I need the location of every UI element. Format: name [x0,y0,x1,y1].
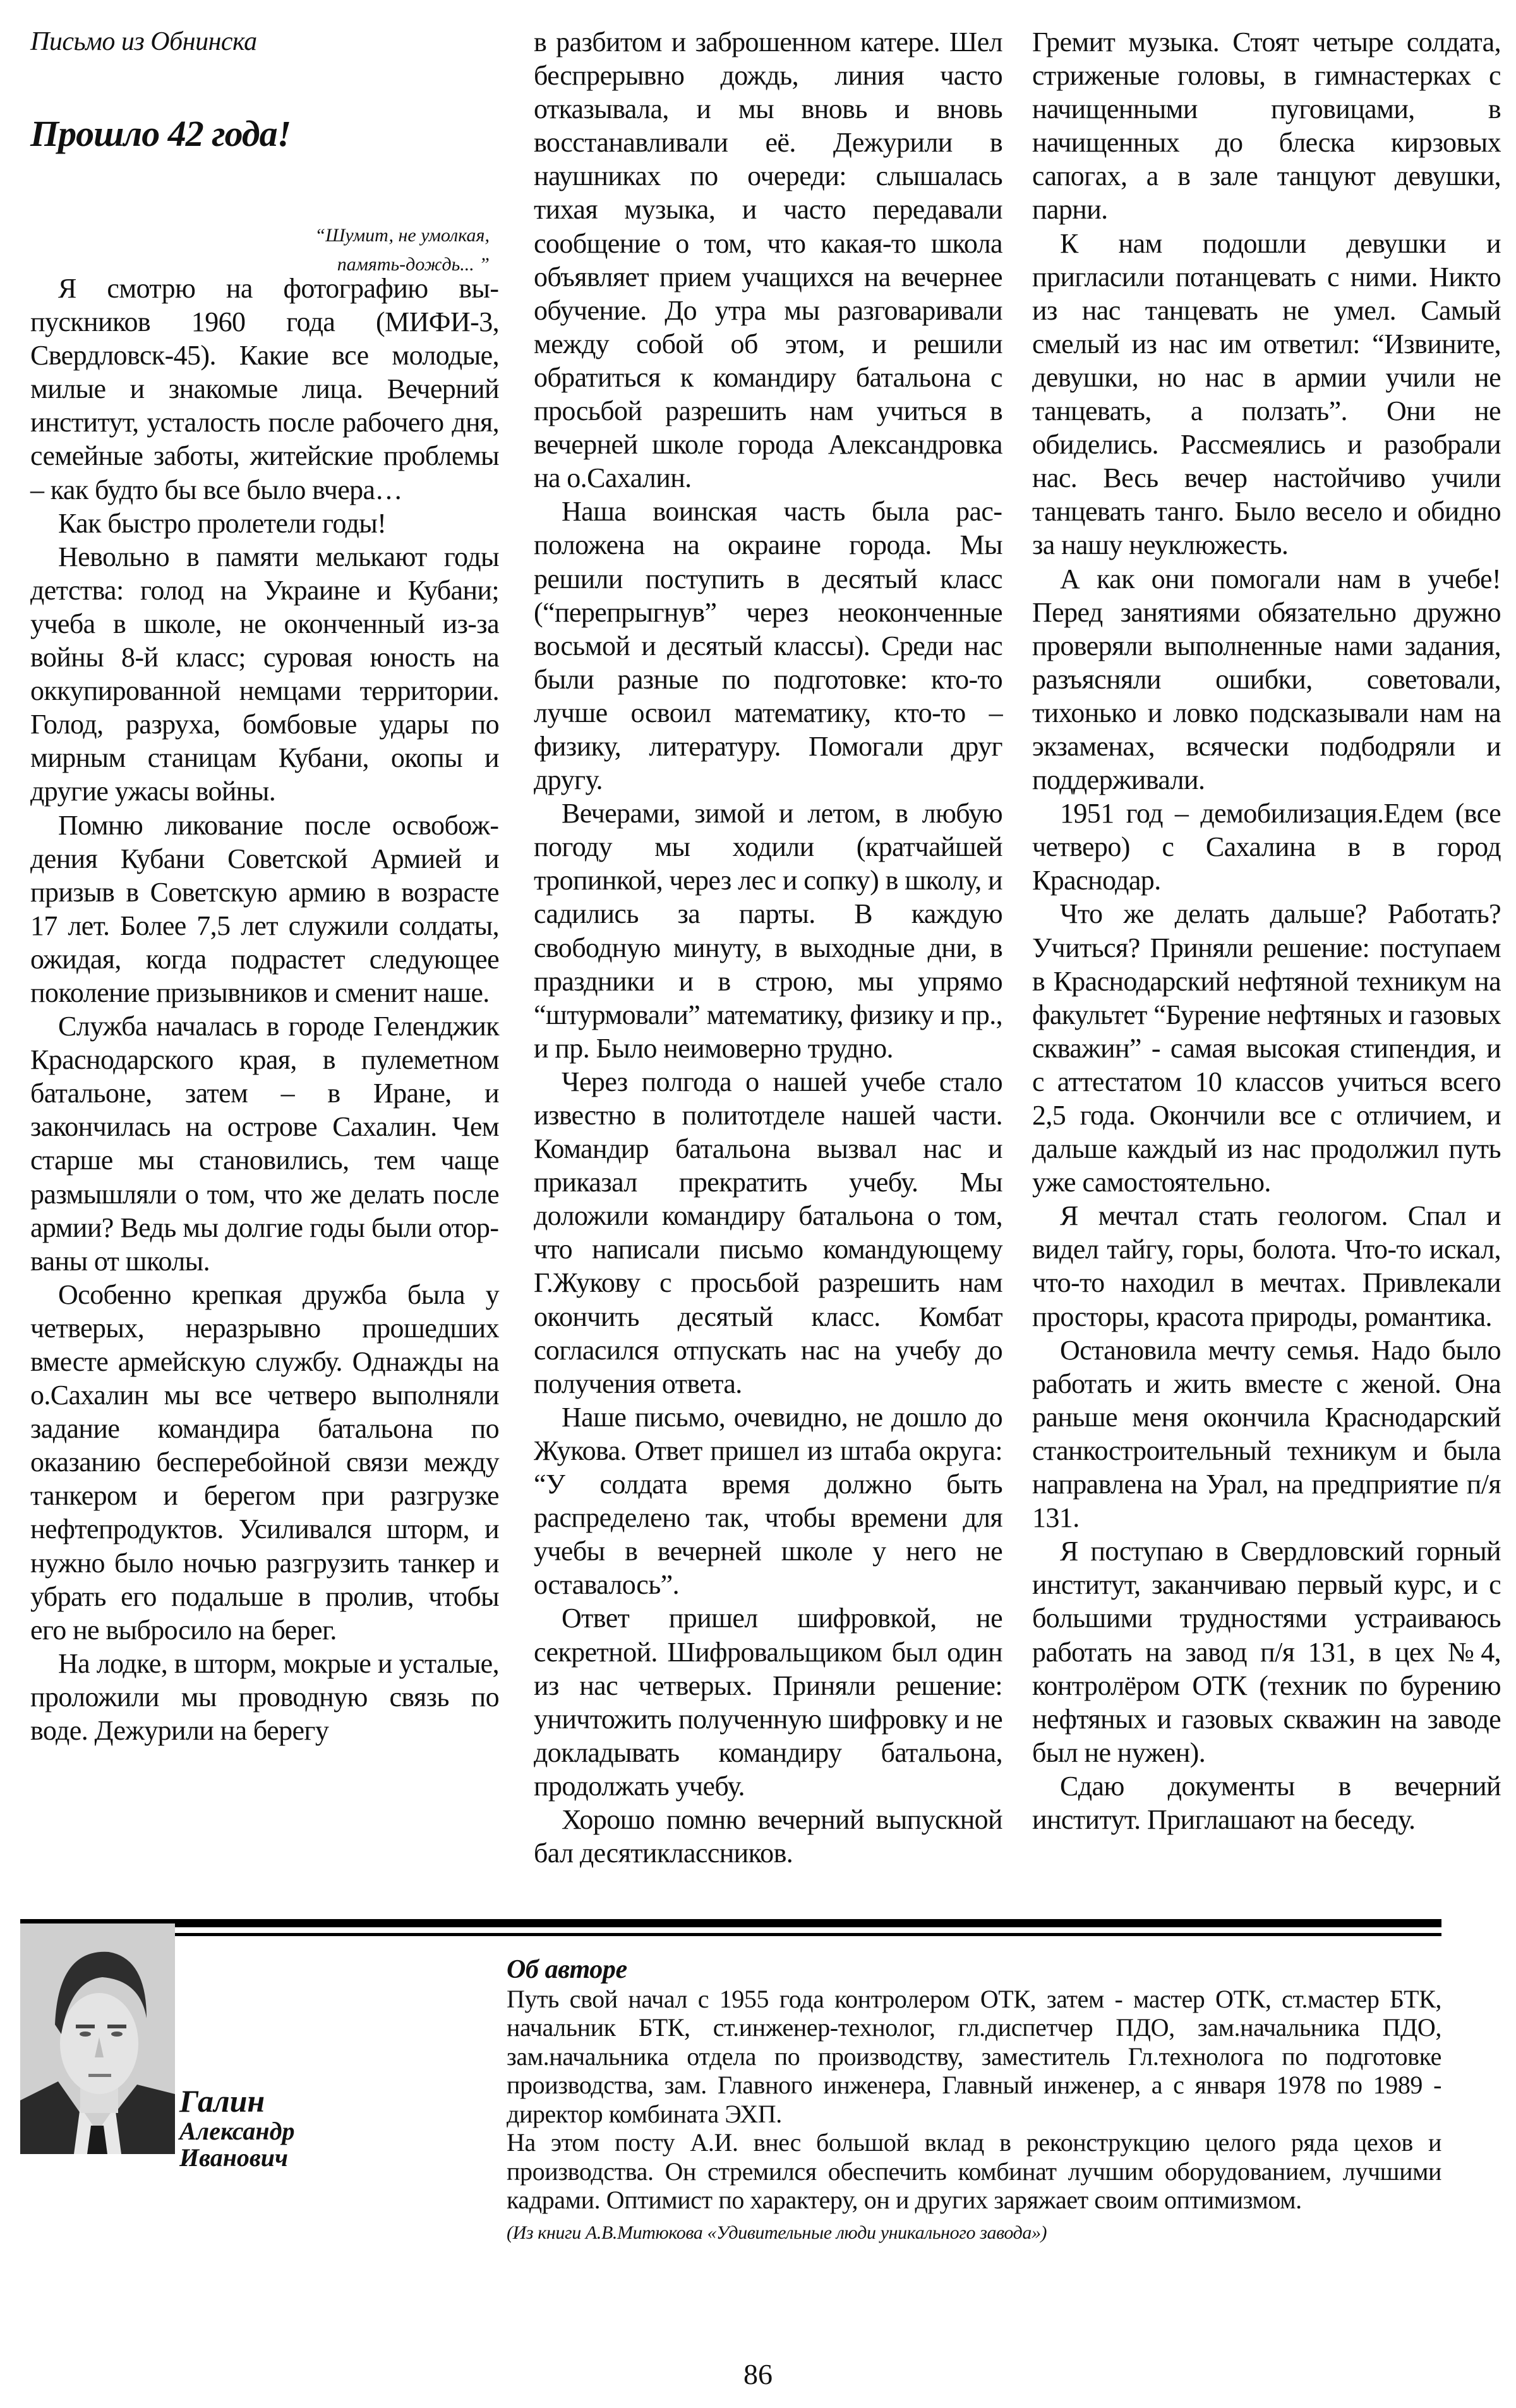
about-author-title: Об авторе [507,1956,1441,1985]
paragraph: Как быстро пролетели годы! [30,507,499,540]
paragraph: Через полгода о нашей учебе ста­ло извес… [534,1065,1002,1400]
paragraph: Остановила мечту семья. Надо было работа… [1032,1333,1501,1535]
paragraph: Невольно в памяти мелькают го­ды детства… [30,540,499,809]
article-column-2: в разбитом и заброшенном катере. Шел бес… [534,25,1002,1870]
paragraph: в разбитом и заброшенном катере. Шел бес… [534,25,1002,495]
paragraph: Гремит музыка. Стоят четыре сол­дата, ст… [1032,25,1501,227]
author-name: Галин Александр Иванович [179,2085,294,2171]
about-paragraph-1: Путь свой начал с 1955 года контролером … [507,1985,1441,2129]
author-photo [20,1923,175,2154]
paragraph: Сдаю документы в вечерний институт. Приг… [1032,1769,1501,1836]
article-column-1: Я смотрю на фотографию вы­пускников 1960… [30,272,499,1747]
paragraph: Ответ пришел шифровкой, не секретной. Ши… [534,1601,1002,1803]
separator-thick-rule [20,1919,1441,1927]
author-patronymic: Иванович [179,2145,294,2171]
paragraph: Наше письмо, очевидно, не дошло до Жуков… [534,1400,1002,1602]
paragraph: Наша воинская часть была рас­положена на… [534,495,1002,797]
page-number: 86 [0,2357,1516,2391]
paragraph: К нам подошли девушки и пригласили потан… [1032,227,1501,562]
paragraph: Я мечтал стать геологом. Спал и видел та… [1032,1199,1501,1333]
author-surname: Галин [179,2085,294,2118]
article-headline: Прошло 42 года! [30,112,291,155]
paragraph: Хорошо помню вечерний вы­пускной бал дес… [534,1803,1002,1870]
about-paragraph-2: На этом посту А.И. внес большой вклад в … [507,2128,1441,2215]
epigraph-line-1: “Шумит, не умолкая, [189,221,490,250]
author-first-name: Александр [179,2118,294,2145]
paragraph: Особенно крепкая дружба была у четверых,… [30,1278,499,1647]
epigraph: “Шумит, не умолкая, память-дождь... ” [189,221,490,279]
paragraph: А как они помогали нам в учебе! Перед за… [1032,562,1501,797]
paragraph: Я смотрю на фотографию вы­пускников 1960… [30,272,499,507]
article-column-3: Гремит музыка. Стоят четыре сол­дата, ст… [1032,25,1501,1836]
rubric-label: Письмо из Обнинска [30,27,257,57]
separator-thin-rule [20,1933,1441,1936]
portrait-image-icon [20,1923,175,2154]
paragraph: Помню ликование после освобож­дения Куба… [30,809,499,1010]
paragraph: Что же делать дальше? Работать? Учиться?… [1032,897,1501,1199]
source-citation: (Из книги А.В.Митюкова «Удивительные люд… [507,2218,1441,2248]
paragraph: Служба началась в городе Ге­ленджик Крас… [30,1009,499,1278]
paragraph: 1951 год – демобилизация.Едем (все четве… [1032,797,1501,897]
about-author-section: Об авторе Путь свой начал с 1955 года ко… [507,1956,1441,2247]
paragraph: Вечерами, зимой и летом, в лю­бую погоду… [534,797,1002,1065]
paragraph: Я поступаю в Свердловский гор­ный инстит… [1032,1534,1501,1769]
paragraph: На лодке, в шторм, мокрые и ус­талые, пр… [30,1647,499,1747]
